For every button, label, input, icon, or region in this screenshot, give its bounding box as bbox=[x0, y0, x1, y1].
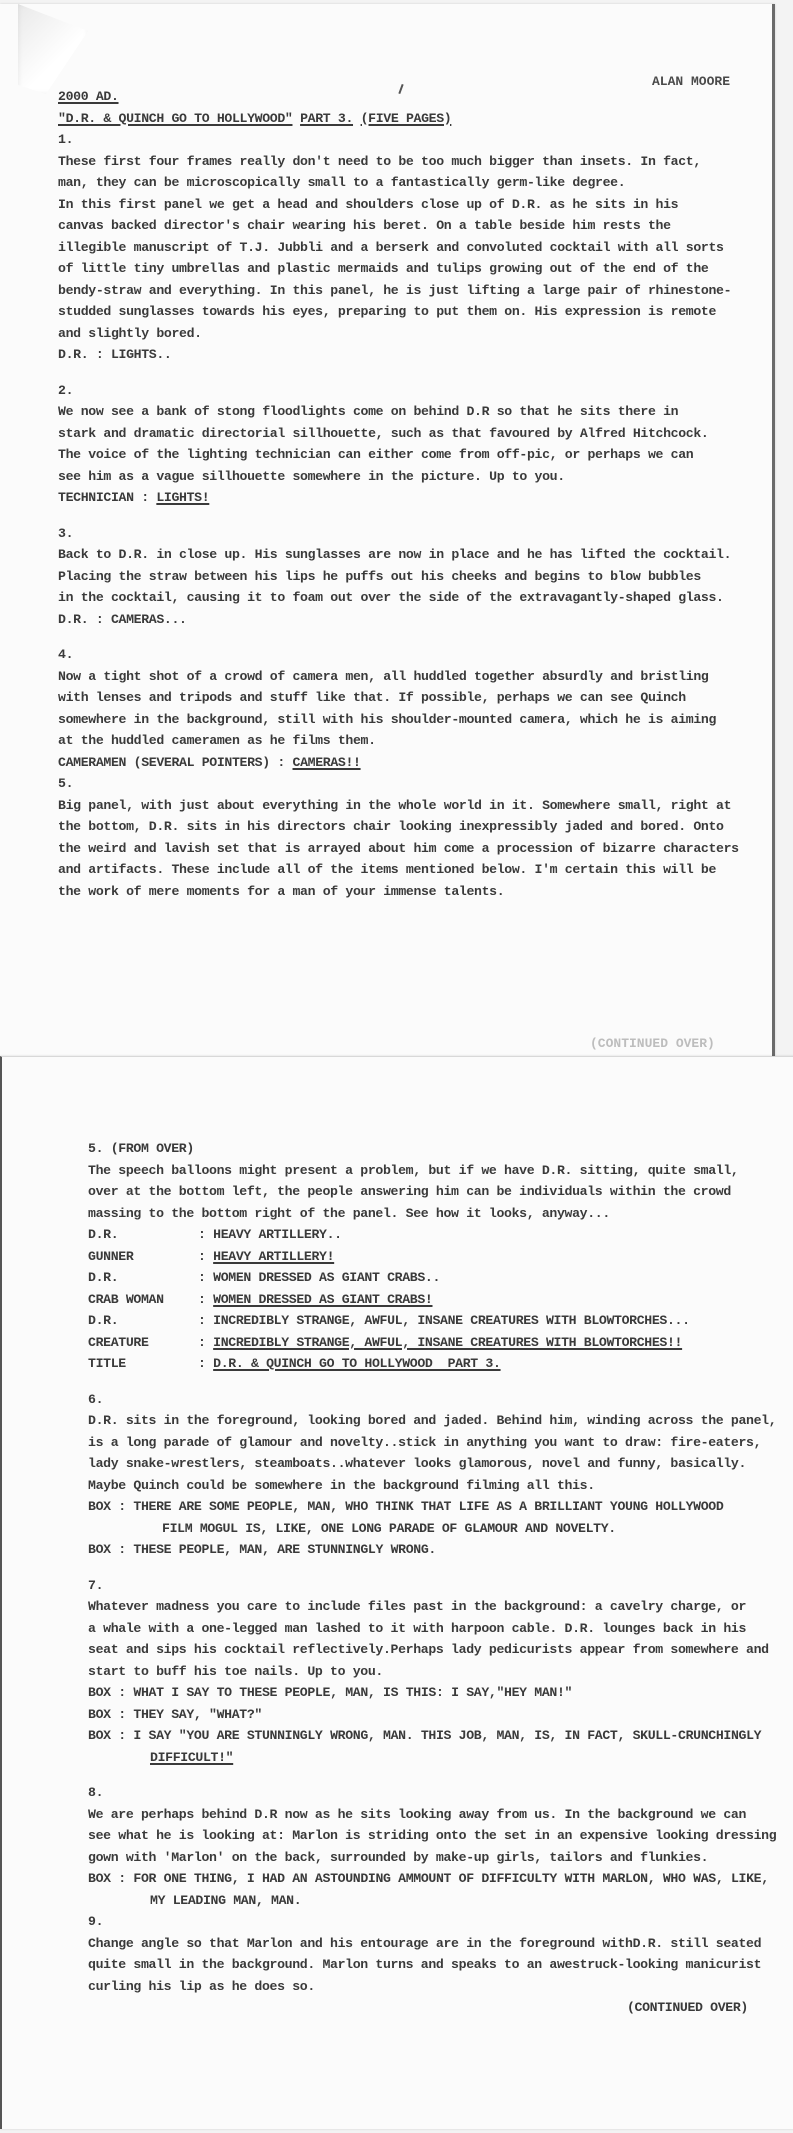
dialogue-line: TITLE: D.R. & QUINCH GO TO HOLLYWOOD PAR… bbox=[88, 1353, 778, 1375]
panel-7-description: Whatever madness you care to include fil… bbox=[88, 1596, 778, 1682]
caption-box: BOX : I SAY "YOU ARE STUNNINGLY WRONG, M… bbox=[88, 1725, 778, 1747]
dialogue-line: D.R.: HEAVY ARTILLERY.. bbox=[88, 1224, 778, 1246]
dialogue-line: GUNNER: HEAVY ARTILLERY! bbox=[88, 1246, 778, 1268]
script-page-1: ALAN MOORE 2000 AD. "D.R. & QUINCH GO TO… bbox=[0, 4, 775, 1058]
page-2-body: 5. (FROM OVER) The speech balloons might… bbox=[88, 1138, 778, 2019]
dialogue-line: D.R. : CAMERAS... bbox=[58, 609, 758, 631]
dialogue-line: D.R.: WOMEN DRESSED AS GIANT CRABS.. bbox=[88, 1267, 778, 1289]
dialogue-line: TECHNICIAN : LIGHTS! bbox=[58, 487, 758, 509]
page-1-body: 2000 AD. "D.R. & QUINCH GO TO HOLLYWOOD"… bbox=[58, 54, 758, 902]
caption-box-continued: MY LEADING MAN, MAN. bbox=[88, 1890, 778, 1912]
panel-9-description: Change angle so that Marlon and his ento… bbox=[88, 1933, 778, 1998]
continued-over-bleed: (CONTINUED OVER) bbox=[590, 1036, 715, 1051]
panel-number: 9. bbox=[88, 1911, 778, 1933]
dialogue-line: D.R.: INCREDIBLY STRANGE, AWFUL, INSANE … bbox=[88, 1310, 778, 1332]
dialogue-line: CAMERAMEN (SEVERAL POINTERS) : CAMERAS!! bbox=[58, 752, 758, 774]
panel-number: 8. bbox=[88, 1782, 778, 1804]
panel-2-description: We now see a bank of stong floodlights c… bbox=[58, 401, 758, 487]
caption-box: BOX : THEY SAY, "WHAT?" bbox=[88, 1704, 778, 1726]
continued-over-label: (CONTINUED OVER) bbox=[88, 1997, 778, 2019]
panel-number: 7. bbox=[88, 1575, 778, 1597]
panel-4-description: Now a tight shot of a crowd of camera me… bbox=[58, 666, 758, 752]
dialogue-list: D.R.: HEAVY ARTILLERY.. GUNNER: HEAVY AR… bbox=[88, 1224, 778, 1375]
panel-number: 4. bbox=[58, 644, 758, 666]
panel-8-description: We are perhaps behind D.R now as he sits… bbox=[88, 1804, 778, 1869]
panel-number: 5. bbox=[58, 773, 758, 795]
panel-heading: 5. (FROM OVER) bbox=[88, 1138, 778, 1160]
publication-name: 2000 AD. bbox=[58, 89, 119, 104]
panel-1-description: These first four frames really don't nee… bbox=[58, 151, 758, 345]
panel-number: 1. bbox=[58, 129, 758, 151]
caption-box: BOX : FOR ONE THING, I HAD AN ASTOUNDING… bbox=[88, 1868, 778, 1890]
caption-box: BOX : THESE PEOPLE, MAN, ARE STUNNINGLY … bbox=[88, 1539, 778, 1561]
panel-6-description: D.R. sits in the foreground, looking bor… bbox=[88, 1410, 778, 1496]
panel-number: 3. bbox=[58, 523, 758, 545]
panel-5-continued-description: The speech balloons might present a prob… bbox=[88, 1160, 778, 1225]
panel-5-description: Big panel, with just about everything in… bbox=[58, 795, 758, 903]
dialogue-line: CRAB WOMAN: WOMEN DRESSED AS GIANT CRABS… bbox=[88, 1289, 778, 1311]
panel-number: 6. bbox=[88, 1389, 778, 1411]
title-line: "D.R. & QUINCH GO TO HOLLYWOOD" PART 3. … bbox=[58, 108, 758, 130]
dialogue-line: D.R. : LIGHTS.. bbox=[58, 344, 758, 366]
dialogue-line: CREATURE: INCREDIBLY STRANGE, AWFUL, INS… bbox=[88, 1332, 778, 1354]
caption-box: BOX : WHAT I SAY TO THESE PEOPLE, MAN, I… bbox=[88, 1682, 778, 1704]
caption-box-continued: FILM MOGUL IS, LIKE, ONE LONG PARADE OF … bbox=[88, 1518, 778, 1540]
caption-box-continued: DIFFICULT!" bbox=[88, 1747, 778, 1769]
caption-box: BOX : THERE ARE SOME PEOPLE, MAN, WHO TH… bbox=[88, 1496, 778, 1518]
panel-number: 2. bbox=[58, 380, 758, 402]
panel-3-description: Back to D.R. in close up. His sunglasses… bbox=[58, 544, 758, 609]
